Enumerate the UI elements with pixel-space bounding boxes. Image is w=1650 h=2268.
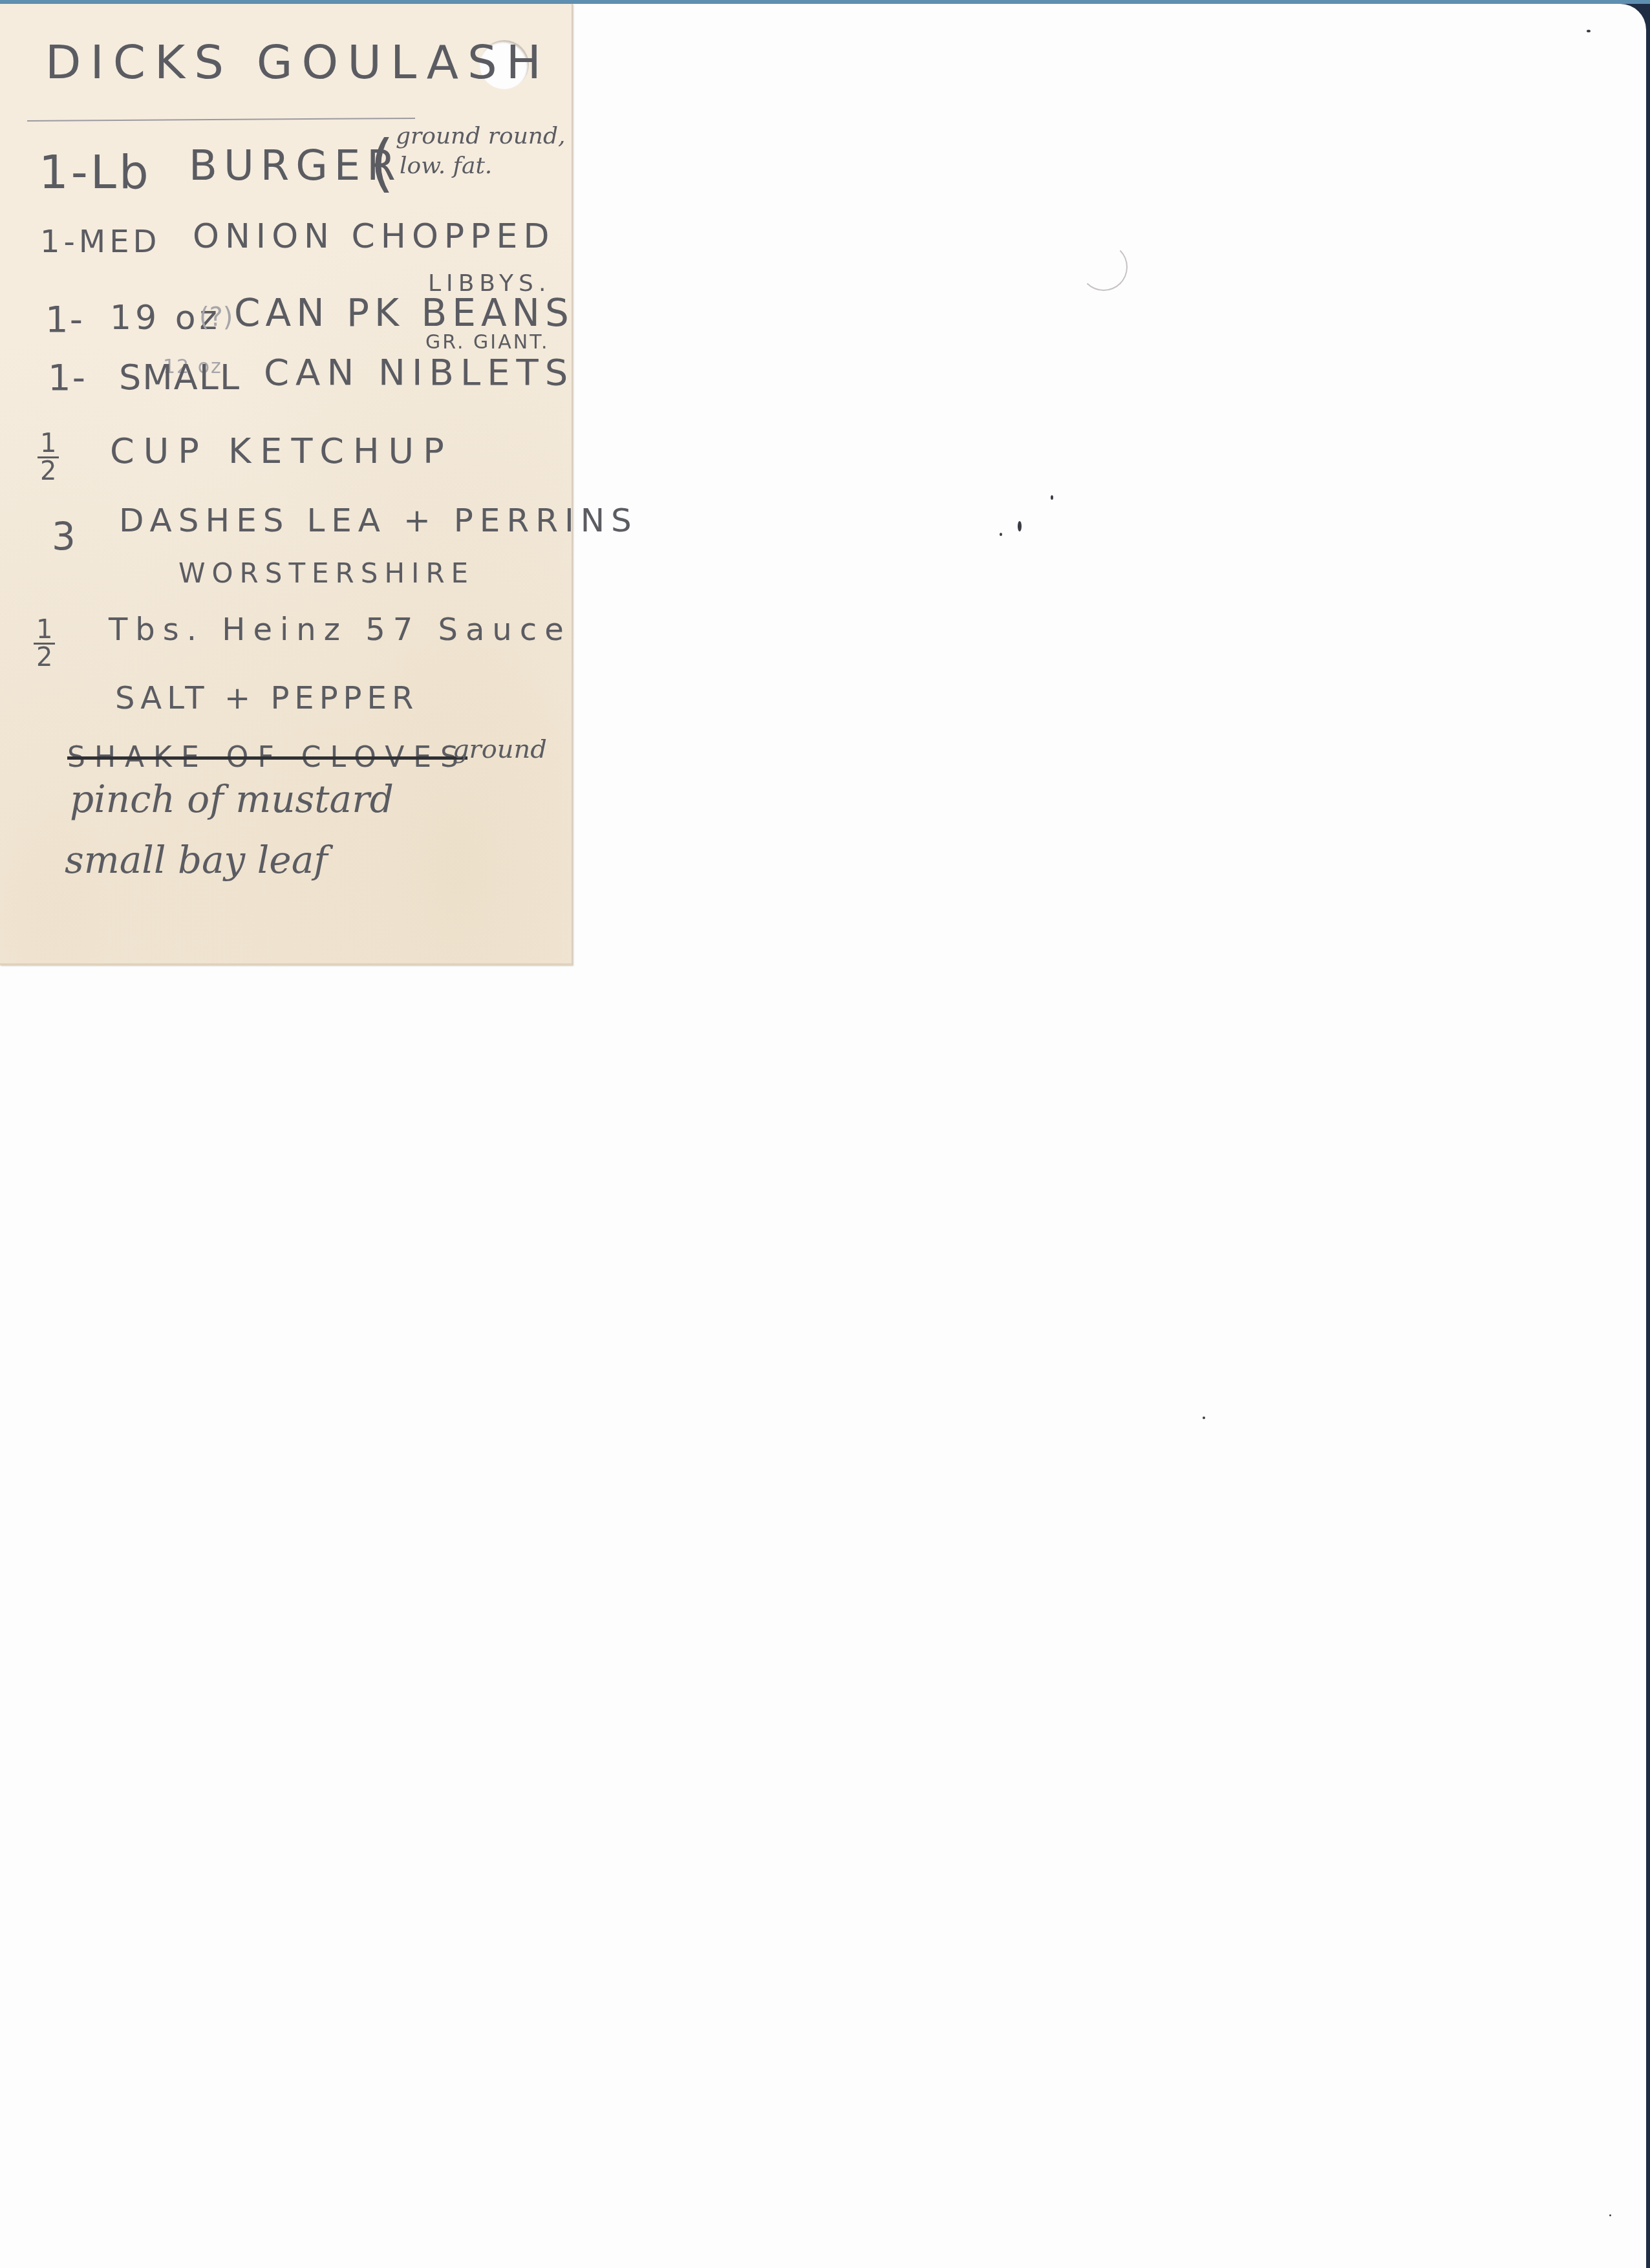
ingredient-note: ground round, bbox=[396, 123, 566, 149]
ingredient-item: Salt + Pepper bbox=[115, 680, 418, 716]
ingredient-qty: 1-Med bbox=[40, 224, 161, 260]
fraction-numerator: 1 bbox=[37, 431, 59, 458]
ingredient-qty: 1-Lb bbox=[39, 145, 151, 199]
recipe-title: Dicks Goulash bbox=[45, 35, 550, 89]
dust-speck bbox=[1018, 521, 1022, 531]
ingredient-item-line2: Worstershire bbox=[178, 557, 475, 589]
fraction-denominator: 2 bbox=[34, 645, 55, 670]
dust-speck bbox=[1609, 2214, 1611, 2216]
dust-speck bbox=[1203, 1417, 1205, 1419]
dust-speck bbox=[1000, 533, 1002, 536]
scanned-page: Dicks Goulash 1-Lb Burger ( ground round… bbox=[0, 4, 1646, 2268]
ingredient-item-struck: Shake of Cloves bbox=[67, 741, 467, 774]
ingredient-addition: ground bbox=[453, 734, 547, 764]
ingredient-size: Small bbox=[119, 357, 241, 398]
ingredient-item: Cup Ketchup bbox=[110, 431, 453, 471]
fraction-numerator: 1 bbox=[34, 617, 55, 645]
ingredient-item: pinch of mustard bbox=[70, 777, 394, 821]
ingredient-item: small bay leaf bbox=[65, 838, 328, 882]
title-underline bbox=[27, 118, 415, 122]
ingredient-item: Onion Chopped bbox=[193, 217, 555, 256]
ingredient-qty: 1- bbox=[48, 357, 87, 399]
recipe-card: Dicks Goulash 1-Lb Burger ( ground round… bbox=[0, 4, 573, 965]
fraction-denominator: 2 bbox=[37, 458, 59, 484]
ingredient-note: low. fat. bbox=[400, 153, 492, 179]
ingredient-qty: 3 bbox=[52, 515, 82, 559]
ingredient-item: Can Pk Beans bbox=[234, 291, 574, 335]
dust-hair bbox=[1080, 243, 1128, 291]
ingredient-item: Can Niblets bbox=[264, 352, 574, 394]
ingredient-qty: 1- bbox=[45, 299, 84, 341]
ingredient-item: Dashes Lea + Perrins bbox=[119, 502, 638, 539]
dust-speck bbox=[1587, 30, 1591, 32]
ingredient-qty-fraction: 1 2 bbox=[37, 431, 59, 484]
ingredient-size-query: (?) bbox=[199, 303, 233, 332]
ingredient-brand: Gr. Giant. bbox=[425, 331, 549, 354]
dust-speck bbox=[1051, 495, 1053, 500]
ingredient-item: Tbs. Heinz 57 Sauce bbox=[109, 612, 572, 648]
paren-open: ( bbox=[370, 127, 394, 199]
ingredient-qty-fraction: 1 2 bbox=[34, 617, 55, 670]
